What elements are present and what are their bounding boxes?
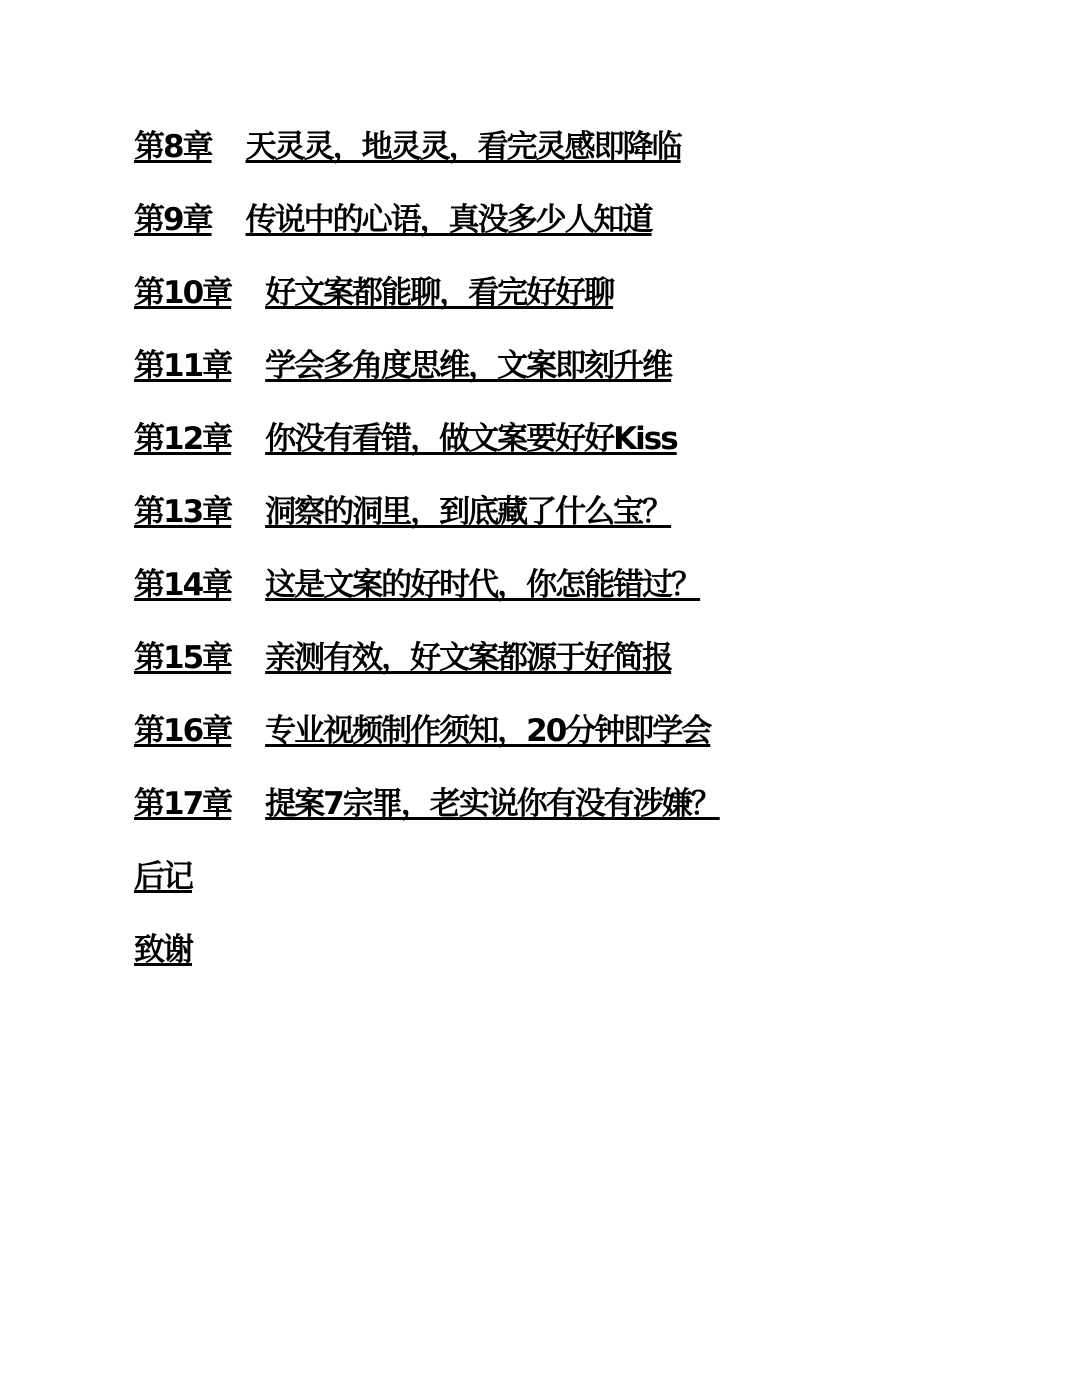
toc-link-chapter-17[interactable]: 第17章提案7宗罪，老实说你有没有涉嫌？ [134, 779, 720, 852]
chapter-title: 亲测有效，好文案都源于好简报 [265, 640, 671, 676]
table-of-contents: 第8章天灵灵，地灵灵，看完灵感即降临 第9章传说中的心语，真没多少人知道 第10… [134, 122, 720, 998]
toc-link-chapter-12[interactable]: 第12章你没有看错，做文案要好好Kiss [134, 414, 720, 487]
section-title: 后记 [134, 859, 192, 895]
chapter-title: 学会多角度思维，文案即刻升维 [265, 348, 671, 384]
chapter-title: 提案7宗罪，老实说你有没有涉嫌？ [265, 786, 720, 822]
toc-link-chapter-8[interactable]: 第8章天灵灵，地灵灵，看完灵感即降临 [134, 122, 720, 195]
toc-link-chapter-16[interactable]: 第16章专业视频制作须知，20分钟即学会 [134, 706, 720, 779]
toc-link-chapter-13[interactable]: 第13章洞察的洞里，到底藏了什么宝？ [134, 487, 720, 560]
chapter-number: 第15章 [134, 640, 231, 676]
toc-link-chapter-14[interactable]: 第14章这是文案的好时代，你怎能错过？ [134, 560, 720, 633]
chapter-number: 第8章 [134, 129, 212, 165]
section-title: 致谢 [134, 932, 192, 968]
toc-link-acknowledgements[interactable]: 致谢 [134, 925, 720, 998]
chapter-number: 第14章 [134, 567, 231, 603]
chapter-number: 第10章 [134, 275, 231, 311]
chapter-number: 第13章 [134, 494, 231, 530]
toc-link-chapter-9[interactable]: 第9章传说中的心语，真没多少人知道 [134, 195, 720, 268]
chapter-number: 第9章 [134, 202, 212, 238]
chapter-title: 好文案都能聊，看完好好聊 [265, 275, 613, 311]
chapter-number: 第16章 [134, 713, 231, 749]
chapter-title: 这是文案的好时代，你怎能错过？ [265, 567, 700, 603]
chapter-title: 传说中的心语，真没多少人知道 [246, 202, 652, 238]
chapter-title: 洞察的洞里，到底藏了什么宝？ [265, 494, 671, 530]
chapter-title: 你没有看错，做文案要好好Kiss [265, 421, 677, 457]
toc-link-chapter-15[interactable]: 第15章亲测有效，好文案都源于好简报 [134, 633, 720, 706]
toc-link-afterword[interactable]: 后记 [134, 852, 720, 925]
chapter-number: 第17章 [134, 786, 231, 822]
chapter-number: 第12章 [134, 421, 231, 457]
toc-link-chapter-10[interactable]: 第10章好文案都能聊，看完好好聊 [134, 268, 720, 341]
chapter-title: 专业视频制作须知，20分钟即学会 [265, 713, 710, 749]
chapter-title: 天灵灵，地灵灵，看完灵感即降临 [246, 129, 681, 165]
chapter-number: 第11章 [134, 348, 231, 384]
toc-link-chapter-11[interactable]: 第11章学会多角度思维，文案即刻升维 [134, 341, 720, 414]
